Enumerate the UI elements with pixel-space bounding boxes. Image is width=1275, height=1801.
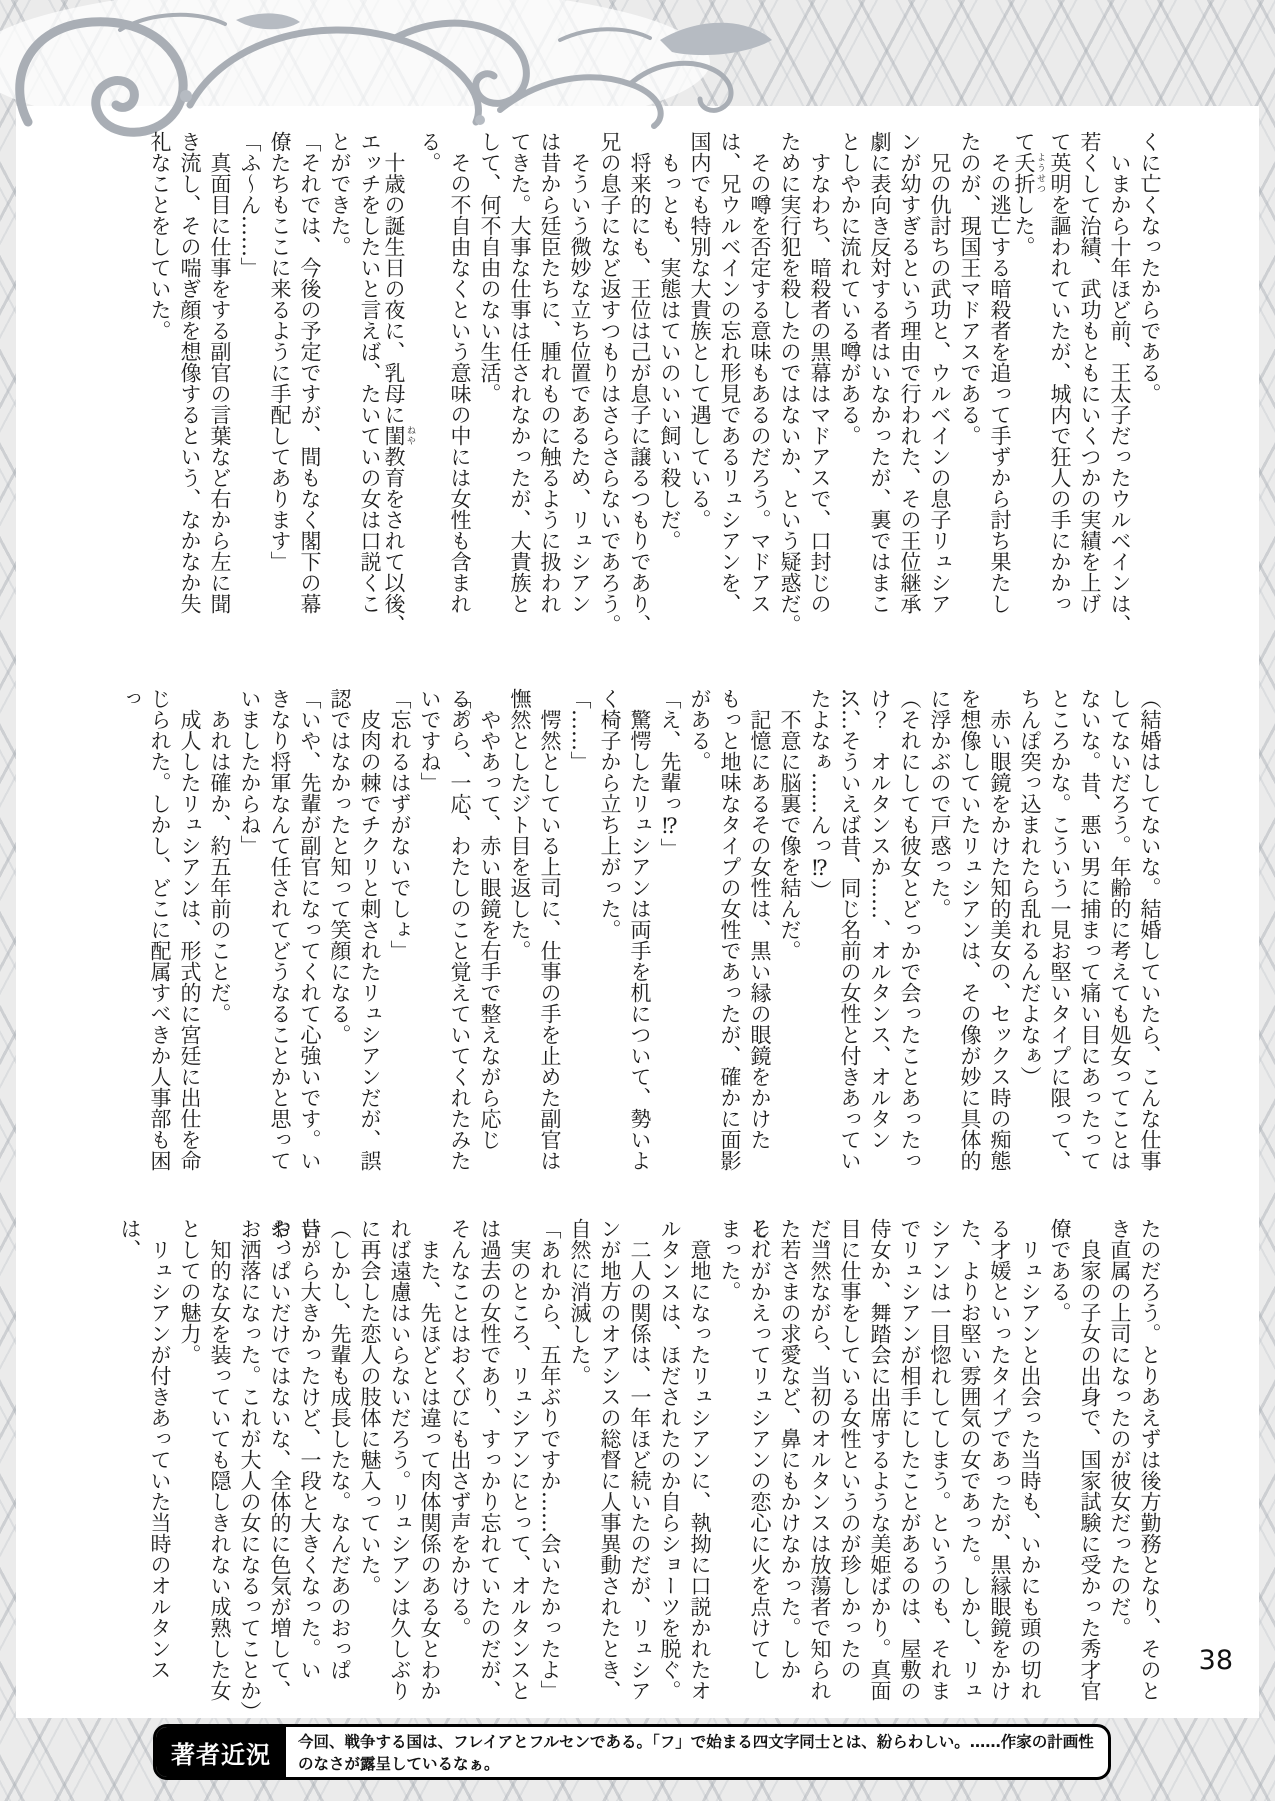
text-column: 僚である。	[1045, 1218, 1075, 1716]
text-column: る才媛といったタイプであったが、黒縁眼鏡をかけ	[985, 1218, 1015, 1716]
text-column: 「忘れるはずがないでしょ」	[385, 688, 415, 1189]
text-band-3: たのだろう。とりあえずは後方勤務となり、そのとき直属の上司になったのが彼女だった…	[137, 1218, 1165, 1716]
text-column: た、よりお堅い雰囲気の女であった。しかし、リュ	[955, 1218, 985, 1716]
text-column: じられた。しかし、どこに配属すべきか人事部も困っ	[145, 688, 175, 1189]
text-column: く椅子から立ち上がった。	[595, 688, 625, 1189]
text-column: を想像していたリュシアンは、その像が妙に具体的	[955, 688, 985, 1189]
text-column: その不自由なくという意味の中には女性も含まれ	[445, 131, 475, 637]
text-column: エッチをしたいと言えば、たいていの女は口説くこ	[355, 131, 385, 637]
text-column: ルタンスは、ほだされたのか自らショーツを脱ぐ。	[655, 1218, 685, 1716]
text-column: 兄の仇討ちの武功と、ウルベインの息子リュシア	[925, 131, 955, 637]
text-column: ……そういえば昔、同じ名前の女性と付きあってい	[835, 688, 865, 1189]
text-column: 実のところ、リュシアンにとって、オルタンスと	[505, 1218, 535, 1716]
text-column: 知的な女を装っていても隠しきれない成熟した女	[205, 1218, 235, 1716]
text-column: 礼なことをしていた。	[145, 131, 175, 637]
text-column: け？ オルタンスか……、オルタンス、オルタンス、	[865, 688, 895, 1189]
text-column: その逃亡する暗殺者を追って手ずから討ち果たし	[985, 131, 1015, 637]
text-column: 侍女か、舞踏会に出席するような美姫ばかり。真面	[865, 1218, 895, 1716]
text-column: たよなぁ……んっ⁉）	[805, 688, 835, 1189]
text-column: 将来的にも、王位は己が息子に譲るつもりであり、	[625, 131, 655, 637]
text-column: いまから十年ほど前、王太子だったウルベインは、	[1105, 131, 1135, 637]
text-column: 国内でも特別な大貴族として遇している。	[685, 131, 715, 637]
text-column: 真面目に仕事をする副官の言葉など右から左に聞	[205, 131, 235, 637]
text-column: は昔から廷臣たちに、腫れものに触るように扱われ	[535, 131, 565, 637]
text-column: 二人の関係は、一年ほど続いたのだが、リュシア	[625, 1218, 655, 1716]
page-number: 38	[1199, 1645, 1233, 1676]
text-column: て夭折ようせつした。	[1015, 131, 1045, 637]
text-column: リュシアンが付きあっていた当時のオルタンスは、	[145, 1218, 175, 1716]
text-column: 成人したリュシアンは、形式的に宮廷に出仕を命	[175, 688, 205, 1189]
text-column: それがかえってリュシアンの恋心に火を点けてし	[745, 1218, 775, 1716]
text-column: リュシアンと出会った当時も、いかにも頭の切れ	[1015, 1218, 1045, 1716]
text-column: 「え、先輩っ⁉」	[655, 688, 685, 1189]
text-column: シアンは一目惚れしてしまう。というのも、それま	[925, 1218, 955, 1716]
text-column: また、先ほどとは違って肉体関係のある女とわか	[415, 1218, 445, 1716]
text-column: 当然ながら、当初のオルタンスは放蕩者で知られ	[805, 1218, 835, 1716]
text-column: 若くして治績、武功もともにいくつかの実績を上げ	[1075, 131, 1105, 637]
text-column: （結婚はしてないな。結婚していたら、こんな仕事	[1135, 688, 1165, 1189]
text-column: 良家の子女の出身で、国家試験に受かった秀才官	[1075, 1218, 1105, 1716]
text-column: 「あら、一応、わたしのこと覚えていてくれたみた	[445, 688, 475, 1189]
text-column: 「それでは、今後の予定ですが、間もなく閣下の幕	[295, 131, 325, 637]
text-column: ややあって、赤い眼鏡を右手で整えながら応じる。	[475, 688, 505, 1189]
text-column: ンが地方のオアシスの総督に人事異動されたとき、	[595, 1218, 625, 1716]
text-column: してないだろう。年齢的に考えても処女ってことは	[1105, 688, 1135, 1189]
text-column: としやかに流れている噂がある。	[835, 131, 865, 637]
book-page: { "page_number": "38", "colors": { "text…	[0, 0, 1275, 1801]
author-note-line2: しゃーない。どっちかの国を滅ぼすか。	[298, 1776, 1098, 1780]
text-column: る。	[415, 131, 445, 637]
text-column: 兄の息子になど返すつもりはさらさらないであろう。	[595, 131, 625, 637]
text-column: 「……」	[565, 688, 595, 1189]
text-band-2: （結婚はしてないな。結婚していたら、こんな仕事してないだろう。年齢的に考えても処…	[137, 688, 1165, 1189]
text-column: 不意に脳裏で像を結んだ。	[775, 688, 805, 1189]
text-column: き流し、その喘ぎ顔を想像するという、なかなか失	[175, 131, 205, 637]
text-column: 僚たちもここに来るように手配してあります」	[265, 131, 295, 637]
text-column: は、兄ウルベインの忘れ形見であるリュシアンを、	[715, 131, 745, 637]
text-column: その噂を否定する意味もあるのだろう。マドアス	[745, 131, 775, 637]
text-column: は過去の女性であり、すっかり忘れていたのだが、	[475, 1218, 505, 1716]
text-column: 目に仕事をしている女性というのが珍しかったのだ。	[835, 1218, 865, 1716]
text-column: そういう微妙な立ち位置であるため、リュシアン	[565, 131, 595, 637]
text-column: き直属の上司になったのが彼女だったのだ。	[1105, 1218, 1135, 1716]
text-column: お洒落になった。これが大人の女になるってことか）	[235, 1218, 265, 1716]
text-column: た若さまの求愛など、鼻にもかけなかった。しかし、	[775, 1218, 805, 1716]
text-column: 昔から大きかったけど、一段と大きくなった。いや、	[295, 1218, 325, 1716]
text-column: ンが幼すぎるという理由で行われた、その王位継承	[895, 131, 925, 637]
text-column: たのが、現国王マドアスである。	[955, 131, 985, 637]
text-column: 愕然としている上司に、仕事の手を止めた副官は	[535, 688, 565, 1189]
text-column: ところかな。こういう一見お堅いタイプに限って、	[1045, 688, 1075, 1189]
ornament-flourish	[0, 0, 780, 150]
text-column: おっぱいだけではないな、全体的に色気が増して、	[265, 1218, 295, 1716]
text-column: もっと地味なタイプの女性であったが、確かに面影	[715, 688, 745, 1189]
author-note-label: 著者近況	[156, 1727, 286, 1777]
text-column: 「ふ〜ん……」	[235, 131, 265, 637]
text-column: て英明を謳われていたが、城内で狂人の手にかかっ	[1045, 131, 1075, 637]
text-column: 十歳の誕生日の夜に、乳母に閨ねや教育をされて以後、	[385, 131, 415, 637]
text-column: れば遠慮はいらないだろう。リュシアンは久しぶり	[385, 1218, 415, 1716]
text-column: 皮肉の棘でチクリと刺されたリュシアンだが、誤	[355, 688, 385, 1189]
author-note-line1: 今回、戦争する国は、フレイアとフルセンである。「フ」で始まる四文字同士とは、紛ら…	[298, 1731, 1098, 1776]
text-column: に再会した恋人の肢体に魅入っていた。	[355, 1218, 385, 1716]
text-column: いですね」	[415, 688, 445, 1189]
text-column: （それにしても彼女とどっかで会ったことあったっ	[895, 688, 925, 1189]
text-column: でリュシアンが相手にしたことがあるのは、屋敷の	[895, 1218, 925, 1716]
text-column: そんなことはおくびにも出さず声をかける。	[445, 1218, 475, 1716]
text-band-1: くに亡くなったからである。 いまから十年ほど前、王太子だったウルベインは、若くし…	[137, 131, 1165, 637]
text-column: ちんぽ突っ込まれたら乱れるんだよなぁ）	[1015, 688, 1045, 1189]
text-column: 認ではなかったと知って笑顔になる。	[325, 688, 355, 1189]
author-note-text: 今回、戦争する国は、フレイアとフルセンである。「フ」で始まる四文字同士とは、紛ら…	[286, 1727, 1108, 1777]
text-column: きなり将軍なんて任されてどうなることかと思って	[265, 688, 295, 1189]
text-column: たのだろう。とりあえずは後方勤務となり、そのと	[1135, 1218, 1165, 1716]
text-column: 劇に表向き反対する者はいなかったが、裏ではまこ	[865, 131, 895, 637]
text-column: ないな。昔、悪い男に捕まって痛い目にあったって	[1075, 688, 1105, 1189]
text-column: がある。	[685, 688, 715, 1189]
text-column: 意地になったリュシアンに、執拗に口説かれたオ	[685, 1218, 715, 1716]
text-column: すなわち、暗殺者の黒幕はマドアスで、口封じの	[805, 131, 835, 637]
text-column: 「いや、先輩が副官になってくれて心強いです。い	[295, 688, 325, 1189]
text-column: ために実行犯を殺したのではないか、という疑惑だ。	[775, 131, 805, 637]
text-column: まった。	[715, 1218, 745, 1716]
text-column: 記憶にあるその女性は、黒い縁の眼鏡をかけた	[745, 688, 775, 1189]
text-column: 赤い眼鏡をかけた知的美女の、セックス時の痴態	[985, 688, 1015, 1189]
text-column: して、何不自由のない生活。	[475, 131, 505, 637]
author-note-bar: 著者近況 今回、戦争する国は、フレイアとフルセンである。「フ」で始まる四文字同士…	[153, 1724, 1111, 1780]
text-column: 「あれから、五年ぶりですか……会いたかったよ」	[535, 1218, 565, 1716]
text-column: あれは確か、約五年前のことだ。	[205, 688, 235, 1189]
text-column: 憮然としたジト目を返した。	[505, 688, 535, 1189]
text-column: とができた。	[325, 131, 355, 637]
text-column: 驚愕したリュシアンは両手を机について、勢いよ	[625, 688, 655, 1189]
text-column: てきた。大事な仕事は任されなかったが、大貴族と	[505, 131, 535, 637]
text-column: に浮かぶので戸惑った。	[925, 688, 955, 1189]
text-column: 自然に消滅した。	[565, 1218, 595, 1716]
text-column: としての魅力。	[175, 1218, 205, 1716]
text-column: いましたからね」	[235, 688, 265, 1189]
text-column: （しかし、先輩も成長したな。なんだあのおっぱい。	[325, 1218, 355, 1716]
text-column: もっとも、実態はていのいい飼い殺しだ。	[655, 131, 685, 637]
text-column: くに亡くなったからである。	[1135, 131, 1165, 637]
